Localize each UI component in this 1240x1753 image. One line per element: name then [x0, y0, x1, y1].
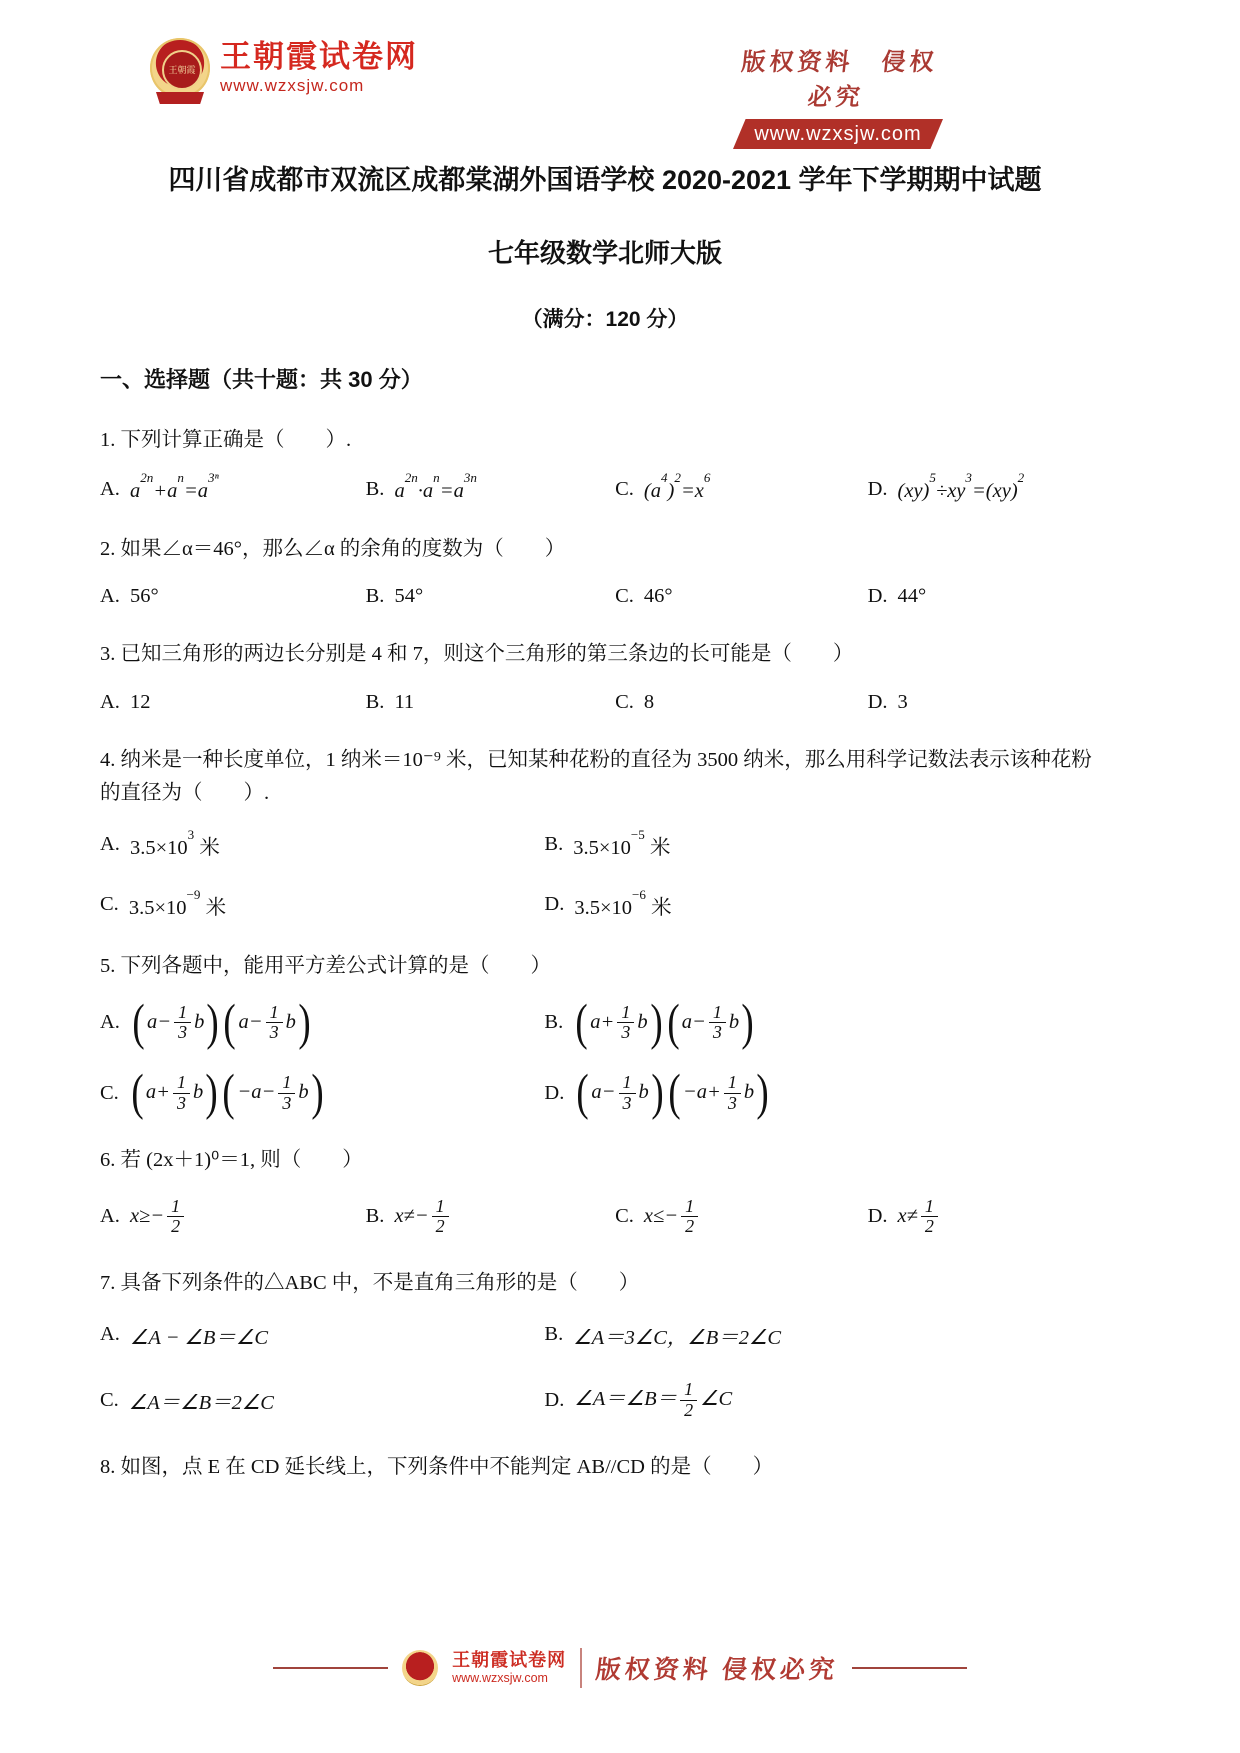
- question: 3. 已知三角形的两边长分别是 4 和 7，则这个三角形的第三条边的长可能是（ …: [100, 638, 1110, 714]
- option-label: B.: [366, 691, 385, 714]
- option-formula: 11: [394, 691, 414, 714]
- option-label: C.: [100, 1389, 119, 1412]
- footer-medallion-icon: [402, 1650, 438, 1686]
- option: A.x≥−12: [100, 1197, 366, 1238]
- question-stem: 6. 若 (2x＋1)⁰＝1, 则（ ）: [100, 1144, 1110, 1177]
- option-label: B.: [544, 833, 563, 856]
- option: D.(xy)5÷xy3=(xy)2: [868, 477, 1110, 503]
- option: C.(a+13b)(−a−13b): [100, 1073, 544, 1114]
- option: A.a2n+an=a3ⁿ: [100, 477, 366, 503]
- option-formula: 3.5×103 米: [130, 830, 220, 860]
- brand-medallion-icon: 王朝霞: [150, 38, 210, 98]
- option-formula: x≤−12: [644, 1197, 701, 1238]
- option-label: C.: [615, 691, 634, 714]
- question-stem: 7. 具备下列条件的△ABC 中，不是直角三角形的是（ ）: [100, 1267, 1110, 1300]
- site-logo: 王朝霞 王朝霞试卷网 www.wzxsjw.com: [150, 38, 418, 98]
- footer-logo-text: 王朝霞试卷网 www.wzxsjw.com: [452, 1651, 566, 1685]
- options-row: A.3.5×103 米B.3.5×10−5 米C.3.5×10−9 米D.3.5…: [100, 830, 1110, 920]
- option: B.∠A＝3∠C，∠B＝2∠C: [544, 1320, 1110, 1350]
- option-formula: ∠A＝3∠C，∠B＝2∠C: [573, 1320, 781, 1350]
- option-formula: (a−13b)(a−13b): [130, 1003, 313, 1044]
- option-label: A.: [100, 1205, 120, 1228]
- option-formula: (a+13b)(a−13b): [573, 1003, 756, 1044]
- option-formula: x≠12: [898, 1197, 941, 1238]
- options-row: A.a2n+an=a3ⁿB.a2n·an=a3nC.(a4)2=x6D.(xy)…: [100, 477, 1110, 503]
- option-label: C.: [615, 478, 634, 501]
- option-formula: 8: [644, 691, 654, 714]
- option: A.∠A − ∠B＝∠C: [100, 1320, 544, 1350]
- question-stem: 4. 纳米是一种长度单位，1 纳米＝10⁻⁹ 米，已知某种花粉的直径为 3500…: [100, 744, 1110, 810]
- option: D.3: [868, 691, 1110, 714]
- option-label: C.: [100, 893, 119, 916]
- option-formula: (a−13b)(−a+13b): [574, 1073, 771, 1114]
- question: 6. 若 (2x＋1)⁰＝1, 则（ ）A.x≥−12B.x≠−12C.x≤−1…: [100, 1144, 1110, 1237]
- question-stem: 3. 已知三角形的两边长分别是 4 和 7，则这个三角形的第三条边的长可能是（ …: [100, 638, 1110, 671]
- site-name: 王朝霞试卷网: [220, 41, 418, 74]
- question-stem: 2. 如果∠α＝46°，那么∠α 的余角的度数为（ ）: [100, 533, 1110, 566]
- option-label: A.: [100, 585, 120, 608]
- question-stem: 8. 如图，点 E 在 CD 延长线上，下列条件中不能判定 AB//CD 的是（…: [100, 1451, 1110, 1484]
- option: A.56°: [100, 585, 366, 608]
- option-formula: x≠−12: [394, 1197, 451, 1238]
- site-url: www.wzxsjw.com: [220, 77, 418, 95]
- question: 4. 纳米是一种长度单位，1 纳米＝10⁻⁹ 米，已知某种花粉的直径为 3500…: [100, 744, 1110, 920]
- question-stem: 5. 下列各题中，能用平方差公式计算的是（ ）: [100, 950, 1110, 983]
- option-label: D.: [544, 893, 564, 916]
- section-heading: 一、选择题（共十题：共 30 分）: [100, 363, 1110, 394]
- footer-rule-left: [273, 1667, 388, 1669]
- footer-rule-right: [852, 1667, 967, 1669]
- option: C.8: [615, 691, 868, 714]
- question: 8. 如图，点 E 在 CD 延长线上，下列条件中不能判定 AB//CD 的是（…: [100, 1451, 1110, 1484]
- options-row: A.∠A − ∠B＝∠CB.∠A＝3∠C，∠B＝2∠CC.∠A＝∠B＝2∠CD.…: [100, 1320, 1110, 1421]
- copyright-slogan: 版权资料 侵权必究: [729, 42, 946, 112]
- option-label: B.: [366, 478, 385, 501]
- option-formula: x≥−12: [130, 1197, 187, 1238]
- option-formula: 44°: [898, 585, 927, 608]
- logo-text-block: 王朝霞试卷网 www.wzxsjw.com: [220, 41, 418, 94]
- option-formula: 3.5×10−5 米: [573, 830, 670, 860]
- option-label: D.: [868, 478, 888, 501]
- option-formula: 46°: [644, 585, 673, 608]
- option: A.3.5×103 米: [100, 830, 544, 860]
- option-label: D.: [544, 1389, 564, 1412]
- question: 5. 下列各题中，能用平方差公式计算的是（ ）A.(a−13b)(a−13b)B…: [100, 950, 1110, 1114]
- question-stem: 1. 下列计算正确是（ ）.: [100, 424, 1110, 457]
- option-label: D.: [868, 585, 888, 608]
- option-formula: ∠A − ∠B＝∠C: [130, 1320, 268, 1350]
- page-header: 王朝霞 王朝霞试卷网 www.wzxsjw.com 版权资料 侵权必究 www.…: [0, 38, 1240, 118]
- option: B.x≠−12: [366, 1197, 615, 1238]
- option: B.a2n·an=a3n: [366, 477, 615, 503]
- footer-site-url: www.wzxsjw.com: [452, 1672, 566, 1685]
- question: 1. 下列计算正确是（ ）.A.a2n+an=a3ⁿB.a2n·an=a3nC.…: [100, 424, 1110, 503]
- option-label: D.: [544, 1082, 564, 1105]
- option: C.(a4)2=x6: [615, 477, 868, 503]
- option-label: A.: [100, 1011, 120, 1034]
- option: B.11: [366, 691, 615, 714]
- option: C.x≤−12: [615, 1197, 868, 1238]
- footer-slogan: 版权资料 侵权必究: [594, 1650, 840, 1686]
- option: B.(a+13b)(a−13b): [544, 1003, 1110, 1044]
- option: B.54°: [366, 585, 615, 608]
- exam-content: 四川省成都市双流区成都棠湖外国语学校 2020-2021 学年下学期期中试题 七…: [100, 118, 1110, 1483]
- option: B.3.5×10−5 米: [544, 830, 1110, 860]
- option-label: D.: [868, 1205, 888, 1228]
- option-formula: a2n·an=a3n: [394, 477, 477, 503]
- options-row: A.12B.11C.8D.3: [100, 691, 1110, 714]
- option-formula: 12: [130, 691, 151, 714]
- exam-page: 王朝霞 王朝霞试卷网 www.wzxsjw.com 版权资料 侵权必究 www.…: [0, 0, 1240, 1753]
- options-row: A.(a−13b)(a−13b)B.(a+13b)(a−13b)C.(a+13b…: [100, 1003, 1110, 1114]
- option-formula: ∠A＝∠B＝12∠C: [574, 1380, 732, 1421]
- option-label: A.: [100, 691, 120, 714]
- option-label: C.: [615, 1205, 634, 1228]
- exam-subtitle: 七年级数学北师大版: [100, 233, 1110, 270]
- option-label: B.: [366, 1205, 385, 1228]
- option: A.(a−13b)(a−13b): [100, 1003, 544, 1044]
- footer-divider: [580, 1648, 582, 1688]
- option-formula: ∠A＝∠B＝2∠C: [129, 1385, 274, 1415]
- option-formula: (a4)2=x6: [644, 477, 711, 503]
- option-label: A.: [100, 1323, 120, 1346]
- options-row: A.56°B.54°C.46°D.44°: [100, 585, 1110, 608]
- option-label: B.: [544, 1011, 563, 1034]
- question: 7. 具备下列条件的△ABC 中，不是直角三角形的是（ ）A.∠A − ∠B＝∠…: [100, 1267, 1110, 1420]
- option-formula: (xy)5÷xy3=(xy)2: [898, 477, 1025, 503]
- option: C.3.5×10−9 米: [100, 890, 544, 920]
- option-formula: (a+13b)(−a−13b): [129, 1073, 326, 1114]
- option-label: C.: [100, 1082, 119, 1105]
- medallion-text: 王朝霞: [162, 50, 202, 90]
- option-label: C.: [615, 585, 634, 608]
- exam-title: 四川省成都市双流区成都棠湖外国语学校 2020-2021 学年下学期期中试题: [100, 158, 1110, 197]
- option-formula: 56°: [130, 585, 159, 608]
- option: C.46°: [615, 585, 868, 608]
- footer-site-name: 王朝霞试卷网: [452, 1651, 566, 1670]
- option-label: B.: [366, 585, 385, 608]
- option-label: A.: [100, 833, 120, 856]
- option: D.(a−13b)(−a+13b): [544, 1073, 1110, 1114]
- option-formula: 54°: [394, 585, 423, 608]
- option: A.12: [100, 691, 366, 714]
- option-label: B.: [544, 1323, 563, 1346]
- option: D.44°: [868, 585, 1110, 608]
- option-label: A.: [100, 478, 120, 501]
- questions-list: 1. 下列计算正确是（ ）.A.a2n+an=a3ⁿB.a2n·an=a3nC.…: [100, 424, 1110, 1483]
- page-footer: 王朝霞试卷网 www.wzxsjw.com 版权资料 侵权必究: [0, 1648, 1240, 1688]
- option-formula: a2n+an=a3ⁿ: [130, 477, 219, 503]
- score-note: （满分：120 分）: [100, 303, 1110, 333]
- option-formula: 3.5×10−9 米: [129, 890, 226, 920]
- option: D.∠A＝∠B＝12∠C: [544, 1380, 1110, 1421]
- option: D.3.5×10−6 米: [544, 890, 1110, 920]
- option-formula: 3: [898, 691, 908, 714]
- option: C.∠A＝∠B＝2∠C: [100, 1385, 544, 1415]
- option-formula: 3.5×10−6 米: [574, 890, 671, 920]
- option: D.x≠12: [868, 1197, 1110, 1238]
- question: 2. 如果∠α＝46°，那么∠α 的余角的度数为（ ）A.56°B.54°C.4…: [100, 533, 1110, 609]
- option-label: D.: [868, 691, 888, 714]
- options-row: A.x≥−12B.x≠−12C.x≤−12D.x≠12: [100, 1197, 1110, 1238]
